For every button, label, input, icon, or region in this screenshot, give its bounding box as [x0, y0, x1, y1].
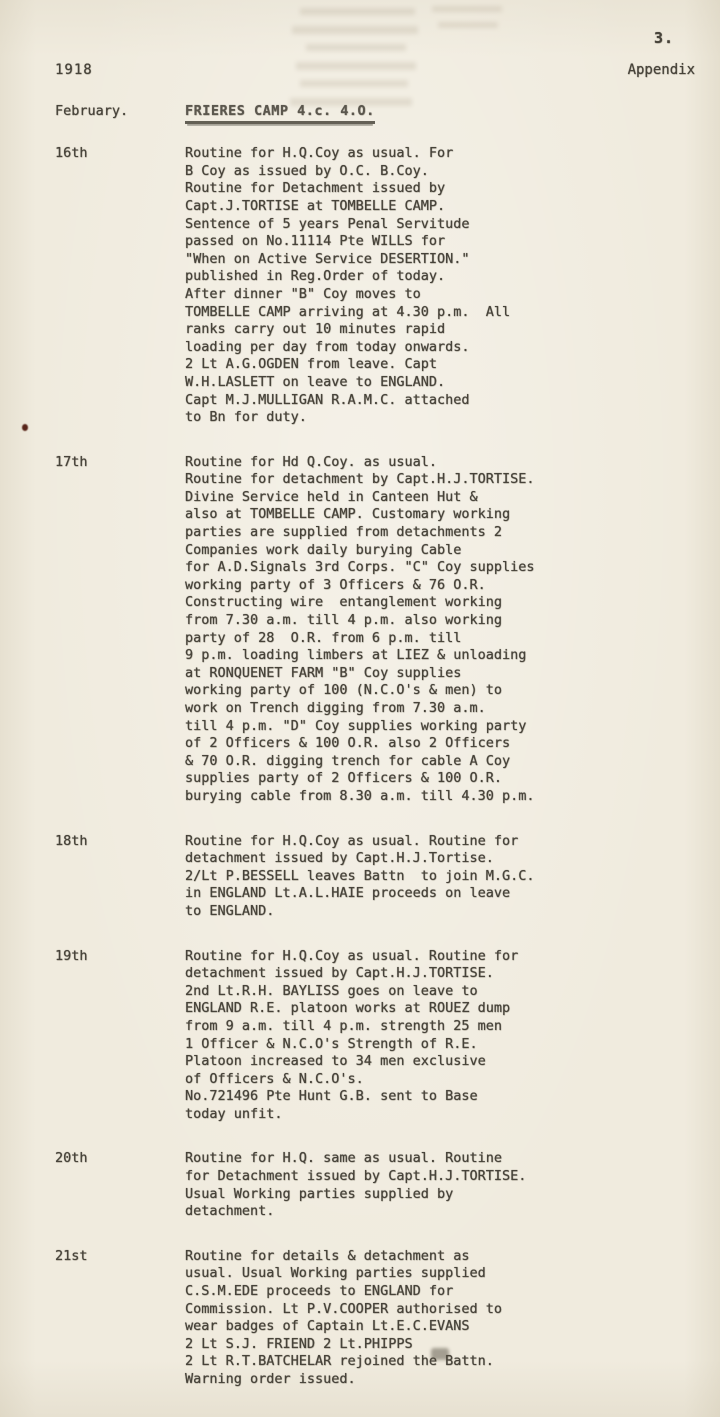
entry-line: at RONQUENET FARM "B" Coy supplies [185, 665, 695, 683]
entry-line: of Officers & N.C.O's. [185, 1071, 695, 1089]
entry-line: Routine for detachment by Capt.H.J.TORTI… [185, 471, 695, 489]
entry-line: in ENGLAND Lt.A.L.HAIE proceeds on leave [185, 885, 695, 903]
entry-line: 9 p.m. loading limbers at LIEZ & unloadi… [185, 647, 695, 665]
ghost-mark [296, 62, 416, 70]
entry-line: party of 28 O.R. from 6 p.m. till [185, 630, 695, 648]
entry-line: 2/Lt P.BESSELL leaves Battn to join M.G.… [185, 868, 695, 886]
typewriter-blot [431, 1348, 449, 1360]
entry-text: Routine for H.Q.Coy as usual. ForB Coy a… [185, 145, 695, 427]
diary-entry: 18thRoutine for H.Q.Coy as usual. Routin… [55, 833, 695, 921]
entry-text: Routine for H.Q. same as usual. Routinef… [185, 1150, 695, 1220]
entry-line: Routine for H.Q.Coy as usual. For [185, 145, 695, 163]
ghost-mark [300, 80, 408, 87]
entry-line: Divine Service held in Canteen Hut & [185, 489, 695, 507]
diary-page: 3. 1918 Appendix February. FRIERES CAMP … [0, 0, 720, 1417]
entry-date: 21st [55, 1248, 185, 1389]
entry-line: burying cable from 8.30 a.m. till 4.30 p… [185, 788, 695, 806]
year-label: 1918 [55, 62, 93, 80]
entry-line: for Detachment issued by Capt.H.J.TORTIS… [185, 1168, 695, 1186]
entry-line: Warning order issued. [185, 1371, 695, 1389]
diary-entry: 16thRoutine for H.Q.Coy as usual. ForB C… [55, 145, 695, 427]
entry-line: Sentence of 5 years Penal Servitude [185, 216, 695, 234]
entry-line: "When on Active Service DESERTION." [185, 251, 695, 269]
diary-entry: 19thRoutine for H.Q.Coy as usual. Routin… [55, 948, 695, 1124]
ghost-mark [432, 6, 502, 12]
entry-line: also at TOMBELLE CAMP. Customary working [185, 506, 695, 524]
entry-line: supplies party of 2 Officers & 100 O.R. [185, 770, 695, 788]
entry-date: 19th [55, 948, 185, 1124]
ghost-mark [306, 44, 406, 51]
entry-text: Routine for H.Q.Coy as usual. Routine fo… [185, 833, 695, 921]
entry-line: Capt M.J.MULLIGAN R.A.M.C. attached [185, 392, 695, 410]
entry-date: 20th [55, 1150, 185, 1220]
entry-line: Routine for details & detachment as [185, 1248, 695, 1266]
entry-line: 2 Lt A.G.OGDEN from leave. Capt [185, 356, 695, 374]
entry-line: wear badges of Captain Lt.E.C.EVANS [185, 1318, 695, 1336]
ink-dot [22, 424, 28, 431]
page-number: 3. [654, 30, 674, 48]
entry-line: Routine for H.Q. same as usual. Routine [185, 1150, 695, 1168]
entry-line: from 7.30 a.m. till 4 p.m. also working [185, 612, 695, 630]
entry-line: Routine for H.Q.Coy as usual. Routine fo… [185, 833, 695, 851]
entry-line: loading per day from today onwards. [185, 339, 695, 357]
entry-line: Routine for H.Q.Coy as usual. Routine fo… [185, 948, 695, 966]
entry-line: working party of 100 (N.C.O's & men) to [185, 682, 695, 700]
diary-entry: 21stRoutine for details & detachment asu… [55, 1248, 695, 1389]
entry-line: Routine for Detachment issued by [185, 180, 695, 198]
entry-line: Companies work daily burying Cable [185, 542, 695, 560]
entry-line: from 9 a.m. till 4 p.m. strength 25 men [185, 1018, 695, 1036]
ghost-mark [292, 26, 418, 34]
entry-text: Routine for H.Q.Coy as usual. Routine fo… [185, 948, 695, 1124]
appendix-label: Appendix [628, 62, 695, 80]
diary-entry: 20thRoutine for H.Q. same as usual. Rout… [55, 1150, 695, 1220]
entry-line: & 70 O.R. digging trench for cable A Coy [185, 753, 695, 771]
entry-line: ranks carry out 10 minutes rapid [185, 321, 695, 339]
location-heading: FRIERES CAMP 4.c. 4.O. [185, 103, 375, 125]
entry-text: Routine for Hd Q.Coy. as usual.Routine f… [185, 454, 695, 806]
entry-line: of 2 Officers & 100 O.R. also 2 Officers [185, 735, 695, 753]
entry-text: Routine for details & detachment asusual… [185, 1248, 695, 1389]
entry-line: detachment issued by Capt.H.J.TORTISE. [185, 965, 695, 983]
entry-date: 17th [55, 454, 185, 806]
entry-line: 2nd Lt.R.H. BAYLISS goes on leave to [185, 983, 695, 1001]
entry-date: 18th [55, 833, 185, 921]
diary-entry: 17thRoutine for Hd Q.Coy. as usual.Routi… [55, 454, 695, 806]
entry-line: After dinner "B" Coy moves to [185, 286, 695, 304]
entry-line: W.H.LASLETT on leave to ENGLAND. [185, 374, 695, 392]
entry-line: to Bn for duty. [185, 409, 695, 427]
entry-line: usual. Usual Working parties supplied [185, 1265, 695, 1283]
entry-line: Routine for Hd Q.Coy. as usual. [185, 454, 695, 472]
ghost-mark [438, 22, 498, 28]
entry-line: till 4 p.m. "D" Coy supplies working par… [185, 718, 695, 736]
entry-line: for A.D.Signals 3rd Corps. "C" Coy suppl… [185, 559, 695, 577]
entry-line: detachment. [185, 1203, 695, 1221]
entry-line: Constructing wire entanglement working [185, 594, 695, 612]
entry-line: to ENGLAND. [185, 903, 695, 921]
entry-line: ENGLAND R.E. platoon works at ROUEZ dump [185, 1000, 695, 1018]
entry-date: 16th [55, 145, 185, 427]
entry-line: B Coy as issued by O.C. B.Coy. [185, 163, 695, 181]
entry-line: 1 Officer & N.C.O's Strength of R.E. [185, 1036, 695, 1054]
entries: 16thRoutine for H.Q.Coy as usual. ForB C… [55, 145, 695, 1388]
ghost-mark [300, 8, 415, 15]
entry-line: passed on No.11114 Pte WILLS for [185, 233, 695, 251]
entry-line: No.721496 Pte Hunt G.B. sent to Base [185, 1088, 695, 1106]
entry-line: working party of 3 Officers & 76 O.R. [185, 577, 695, 595]
entry-line: Capt.J.TORTISE at TOMBELLE CAMP. [185, 198, 695, 216]
entry-line: parties are supplied from detachments 2 [185, 524, 695, 542]
entry-line: detachment issued by Capt.H.J.Tortise. [185, 850, 695, 868]
month-label: February. [55, 103, 185, 121]
entry-line: TOMBELLE CAMP arriving at 4.30 p.m. All [185, 304, 695, 322]
entry-line: today unfit. [185, 1106, 695, 1124]
entry-line: Commission. Lt P.V.COOPER authorised to [185, 1301, 695, 1319]
entry-line: published in Reg.Order of today. [185, 268, 695, 286]
entry-line: work on Trench digging from 7.30 a.m. [185, 700, 695, 718]
entry-line: C.S.M.EDE proceeds to ENGLAND for [185, 1283, 695, 1301]
entry-line: Usual Working parties supplied by [185, 1186, 695, 1204]
entry-line: Platoon increased to 34 men exclusive [185, 1053, 695, 1071]
